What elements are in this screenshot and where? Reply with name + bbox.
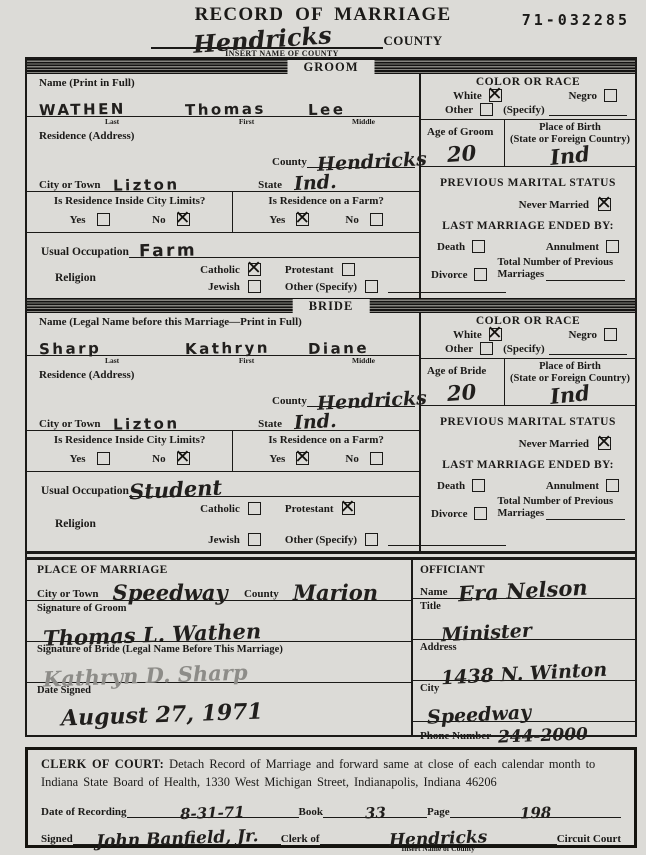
groom-residence-label: Residence (Address): [27, 128, 419, 143]
groom-limits-yes-checkbox[interactable]: [97, 213, 110, 226]
total-previous-label-2: Marriages: [497, 269, 544, 281]
main-form-box: GROOM Name (Print in Full) WATHEN Thomas…: [25, 57, 637, 737]
bride-farm-yes-checkbox[interactable]: [296, 452, 309, 465]
groom-never-married-checkbox[interactable]: [598, 198, 611, 211]
bride-section: Name (Legal Name before this Marriage—Pr…: [27, 313, 635, 551]
groom-marital-status-title: PREVIOUS MARITAL STATUS: [421, 177, 635, 189]
book-field: 33: [323, 804, 427, 818]
never-married-label: Never Married: [519, 199, 589, 211]
groom-limits-no-checkbox[interactable]: [177, 213, 190, 226]
bride-city-value: Lizton: [112, 414, 179, 433]
groom-negro-checkbox[interactable]: [604, 89, 617, 102]
total-previous-label-1: Total Number of Previous: [497, 257, 613, 268]
bride-race-specify-line: [549, 343, 627, 355]
place-of-marriage-section: PLACE OF MARRIAGE City or Town Speedway …: [27, 560, 413, 735]
groom-race-block: COLOR OR RACE White Negro Othe: [421, 74, 635, 120]
birthplace-label: Place of Birth: [505, 361, 635, 373]
officiant-phone-value: 244-2000: [498, 724, 589, 747]
negro-label: Negro: [568, 90, 597, 102]
other-specify-label: Other (Specify): [285, 281, 357, 293]
catholic-label: Catholic: [200, 503, 240, 515]
bride-protestant-checkbox[interactable]: [342, 502, 355, 515]
bride-farm-no-checkbox[interactable]: [370, 452, 383, 465]
bride-annulment-checkbox[interactable]: [606, 479, 619, 492]
bride-section-header: BRIDE: [27, 298, 635, 313]
bride-name-row: Sharp Kathryn Diane: [27, 330, 419, 356]
groom-section-header: GROOM: [27, 59, 635, 74]
groom-occupation-field: Farm: [129, 241, 419, 258]
bride-death-checkbox[interactable]: [472, 479, 485, 492]
circuit-court-label: Circuit Court: [557, 833, 621, 845]
bride-county-field: Hendricks: [307, 390, 415, 407]
page-label: Page: [427, 806, 450, 818]
death-label: Death: [437, 480, 465, 492]
marriage-city-value: Speedway: [113, 580, 228, 605]
groom-section: Name (Print in Full) WATHEN Thomas Lee L…: [27, 74, 635, 298]
officiant-section: OFFICIANT Name Era Nelson Title Minister…: [413, 560, 635, 735]
groom-age-label: Age of Groom: [427, 126, 493, 138]
clerk-heading: CLERK OF COURT:: [41, 757, 164, 771]
bride-state-label: State: [258, 418, 282, 430]
no-label: No: [152, 453, 165, 465]
no-label: No: [345, 214, 358, 226]
jewish-label: Jewish: [208, 534, 240, 546]
bride-occupation-value: Student: [128, 475, 222, 505]
groom-protestant-checkbox[interactable]: [342, 263, 355, 276]
marriage-county-label: County: [244, 588, 279, 600]
header-county-suffix: COUNTY: [383, 33, 442, 49]
groom-name-label: Name (Print in Full): [27, 74, 419, 91]
groom-birth-cell: Place of Birth (State or Foreign Country…: [505, 120, 635, 166]
groom-farm-question: Is Residence on a Farm?: [233, 195, 419, 207]
recording-date-label: Date of Recording: [41, 806, 127, 818]
clerk-signature-field: John Banfield, Jr.: [73, 829, 281, 845]
officiant-name-label: Name: [420, 586, 448, 598]
officiant-phone-label: Phone Number: [420, 730, 491, 742]
groom-city-label: City or Town: [39, 179, 101, 191]
header-county-line: Hendricks: [151, 26, 383, 49]
groom-county-field: Hendricks: [307, 151, 415, 168]
bride-last-name: Sharp: [39, 338, 185, 359]
clerk-signature: John Banfield, Jr.: [95, 826, 258, 852]
bride-never-married-checkbox[interactable]: [598, 437, 611, 450]
groom-first-name: Thomas: [185, 99, 308, 119]
bride-jewish-checkbox[interactable]: [248, 533, 261, 546]
date-signed-value: August 27, 1971: [61, 698, 264, 731]
protestant-label: Protestant: [285, 503, 334, 515]
groom-city-limits-question: Is Residence Inside City Limits?: [27, 195, 232, 207]
groom-religion-block: Religion Catholic Protestant: [27, 258, 419, 298]
other-label: Other: [445, 343, 473, 355]
groom-total-marriages-line: [546, 269, 625, 281]
divorce-label: Divorce: [431, 508, 467, 520]
bride-religion-block: Religion Catholic Protestant: [27, 497, 419, 551]
groom-occupation-label: Usual Occupation: [41, 246, 129, 258]
groom-death-checkbox[interactable]: [472, 240, 485, 253]
bride-race-block: COLOR OR RACE White Negro Othe: [421, 313, 635, 359]
clerk-county-field: Hendricks Insert Name of County: [320, 829, 557, 845]
groom-age-cell: Age of Groom 20: [421, 120, 505, 166]
birthplace-label: Place of Birth: [505, 122, 635, 134]
bride-other-race-checkbox[interactable]: [480, 342, 493, 355]
groom-section-label: GROOM: [288, 60, 375, 74]
groom-other-race-checkbox[interactable]: [480, 103, 493, 116]
specify-label: (Specify): [503, 343, 545, 355]
other-label: Other: [445, 104, 473, 116]
page-value: 198: [519, 803, 551, 822]
bride-negro-checkbox[interactable]: [604, 328, 617, 341]
groom-divorce-checkbox[interactable]: [474, 268, 487, 281]
clerk-of-label: Clerk of: [281, 833, 320, 845]
marriage-county-value: Marion: [293, 580, 378, 605]
bride-religion-label: Religion: [27, 518, 96, 530]
bride-catholic-checkbox[interactable]: [248, 502, 261, 515]
groom-religion-label: Religion: [27, 272, 96, 284]
groom-state-value: Ind.: [293, 171, 337, 195]
groom-name-sublabels: Last First Middle: [27, 117, 419, 128]
place-of-marriage-title: PLACE OF MARRIAGE: [27, 560, 411, 576]
groom-occupation-value: Farm: [139, 240, 198, 261]
other-specify-label: Other (Specify): [285, 534, 357, 546]
signed-label: Signed: [41, 833, 73, 845]
white-label: White: [453, 329, 482, 341]
groom-farm-no-checkbox[interactable]: [370, 213, 383, 226]
bride-birth-cell: Place of Birth (State or Foreign Country…: [505, 359, 635, 405]
groom-race-title: COLOR OR RACE: [429, 76, 627, 88]
bride-name-sublabels: Last First Middle: [27, 356, 419, 367]
groom-state-label: State: [258, 179, 282, 191]
jewish-label: Jewish: [208, 281, 240, 293]
bride-first-name: Kathryn: [185, 338, 308, 358]
bride-marital-status-block: PREVIOUS MARITAL STATUS Never Married: [421, 406, 635, 450]
bride-residence-label: Residence (Address): [27, 367, 419, 382]
officiant-title: OFFICIANT: [413, 560, 635, 576]
record-number: 71-032285: [522, 11, 630, 29]
bride-limits-yes-checkbox[interactable]: [97, 452, 110, 465]
clerk-instructions-1: Detach Record of Marriage and forward sa…: [169, 757, 595, 771]
total-previous-label-1: Total Number of Previous: [497, 496, 613, 507]
groom-last-marriage-title: LAST MARRIAGE ENDED BY:: [421, 220, 635, 232]
bride-city-label: City or Town: [39, 418, 101, 430]
groom-last-name: WATHEN: [39, 99, 185, 120]
groom-signature-field: Thomas L. Wathen: [27, 614, 411, 642]
no-label: No: [152, 214, 165, 226]
book-value: 33: [364, 804, 385, 823]
specify-label: (Specify): [503, 104, 545, 116]
date-signed-field: August 27, 1971: [27, 696, 411, 735]
bride-divorce-checkbox[interactable]: [474, 507, 487, 520]
groom-catholic-checkbox[interactable]: [248, 263, 261, 276]
groom-marital-status-block: PREVIOUS MARITAL STATUS Never Married: [421, 167, 635, 211]
bride-last-marriage-title: LAST MARRIAGE ENDED BY:: [421, 459, 635, 471]
bride-birthplace-value: Ind: [549, 380, 591, 409]
yes-label: Yes: [269, 453, 285, 465]
annulment-label: Annulment: [546, 241, 599, 253]
no-label: No: [345, 453, 358, 465]
groom-city-value: Lizton: [112, 175, 179, 194]
bride-section-label: BRIDE: [293, 299, 370, 313]
section-divider: [27, 551, 635, 560]
clerk-county-hint: Insert Name of County: [320, 844, 557, 853]
bride-farm-question: Is Residence on a Farm?: [233, 434, 419, 446]
bride-race-title: COLOR OR RACE: [429, 315, 627, 327]
groom-annulment-checkbox[interactable]: [606, 240, 619, 253]
groom-farm-yes-checkbox[interactable]: [296, 213, 309, 226]
bride-county-row: County Hendricks: [27, 382, 419, 407]
groom-jewish-checkbox[interactable]: [248, 280, 261, 293]
bride-signature-field: Kathryn D. Sharp: [27, 655, 411, 683]
groom-other-religion-checkbox[interactable]: [365, 280, 378, 293]
groom-age-value: 20: [446, 140, 477, 167]
groom-last-marriage-block: LAST MARRIAGE ENDED BY: Death Annulment: [421, 211, 635, 298]
total-previous-label-2: Marriages: [497, 508, 544, 520]
bride-age-value: 20: [446, 379, 477, 406]
bride-total-marriages-line: [546, 508, 625, 520]
bride-occupation-field: Student: [129, 477, 419, 497]
bride-other-religion-checkbox[interactable]: [365, 533, 378, 546]
groom-white-checkbox[interactable]: [489, 89, 502, 102]
bride-age-cell: Age of Bride 20: [421, 359, 505, 405]
groom-county-label: County: [272, 156, 307, 168]
death-label: Death: [437, 241, 465, 253]
marriage-record-document: 71-032285 RECORD OF MARRIAGE Hendricks C…: [0, 0, 646, 855]
groom-name-row: WATHEN Thomas Lee: [27, 91, 419, 117]
clerk-instructions-2: Indiana State Board of Health, 1330 West…: [41, 773, 621, 791]
groom-birthplace-value: Ind: [549, 141, 591, 170]
divorce-label: Divorce: [431, 269, 467, 281]
groom-county-row: County Hendricks: [27, 143, 419, 168]
marriage-city-label: City or Town: [37, 588, 99, 600]
yes-label: Yes: [269, 214, 285, 226]
groom-middle-name: Lee: [308, 99, 419, 119]
bride-state-value: Ind.: [293, 410, 337, 434]
bride-middle-name: Diane: [308, 338, 419, 358]
clerk-of-court-section: CLERK OF COURT: Detach Record of Marriag…: [25, 747, 637, 848]
never-married-label: Never Married: [519, 438, 589, 450]
bride-city-limits-question: Is Residence Inside City Limits?: [27, 434, 232, 446]
yes-label: Yes: [70, 453, 86, 465]
yes-label: Yes: [70, 214, 86, 226]
bride-residence-questions: Is Residence Inside City Limits? Yes No: [27, 431, 419, 472]
book-label: Book: [299, 806, 323, 818]
header-county-field: Hendricks COUNTY: [0, 26, 646, 49]
bride-age-label: Age of Bride: [427, 365, 486, 377]
groom-residence-questions: Is Residence Inside City Limits? Yes No: [27, 192, 419, 233]
catholic-label: Catholic: [200, 264, 240, 276]
recording-date-field: 8-31-71: [127, 804, 299, 818]
protestant-label: Protestant: [285, 264, 334, 276]
annulment-label: Annulment: [546, 480, 599, 492]
bride-last-marriage-block: LAST MARRIAGE ENDED BY: Death Annulment: [421, 450, 635, 551]
bride-occupation-label: Usual Occupation: [41, 485, 129, 497]
recording-date-value: 8-31-71: [180, 803, 245, 823]
negro-label: Negro: [568, 329, 597, 341]
bride-county-label: County: [272, 395, 307, 407]
bride-marital-status-title: PREVIOUS MARITAL STATUS: [421, 416, 635, 428]
bride-occupation-row: Usual Occupation Student: [27, 472, 419, 497]
bride-name-label: Name (Legal Name before this Marriage—Pr…: [27, 313, 419, 330]
groom-race-specify-line: [549, 104, 627, 116]
bride-limits-no-checkbox[interactable]: [177, 452, 190, 465]
bride-white-checkbox[interactable]: [489, 328, 502, 341]
white-label: White: [453, 90, 482, 102]
groom-occupation-row: Usual Occupation Farm: [27, 233, 419, 258]
page-field: 198: [450, 804, 621, 818]
